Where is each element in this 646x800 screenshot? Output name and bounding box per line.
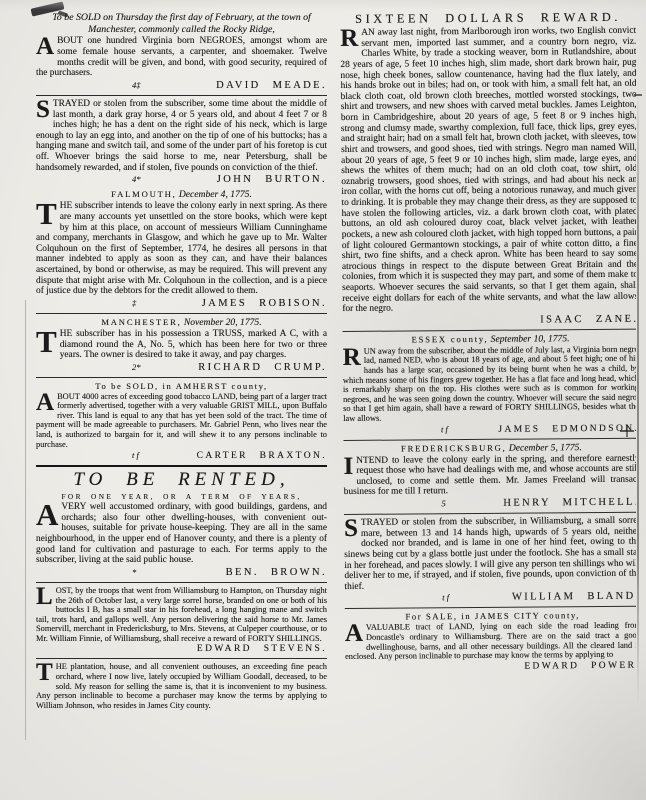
signatory-name: DAVID MEADE. bbox=[216, 80, 327, 91]
dateline-date: December 4, 1775. bbox=[179, 189, 252, 200]
rule-divider bbox=[36, 313, 327, 314]
signatory-name: BEN. BROWN. bbox=[226, 567, 327, 578]
ad-body: HE subscriber has in his possession a TR… bbox=[60, 329, 327, 360]
ad-body: UN away from the subscriber, about the m… bbox=[343, 345, 636, 423]
ad-title: SIXTEEN DOLLARS REWARD. bbox=[340, 12, 636, 27]
ad-truss-crump: MANCHESTER, November 20, 1775. THE subsc… bbox=[36, 317, 327, 373]
rule-divider bbox=[343, 437, 636, 440]
ad-mark: 5 bbox=[441, 498, 445, 508]
ad-runaway-ned-edmondson: ESSEX county, September 10, 1775. RUN aw… bbox=[343, 333, 636, 436]
heavy-rule-divider bbox=[36, 465, 327, 467]
ad-lost-horse-stevens: LOST, by the troops that went from Willi… bbox=[36, 586, 327, 654]
ad-body: BOUT 4000 acres of exceeding good tobacc… bbox=[36, 392, 327, 449]
left-column: To be SOLD on Thursday the first day of … bbox=[36, 12, 327, 796]
dateline-place: MANCHESTER, bbox=[101, 317, 181, 327]
ad-body: NTEND to leave the colony early in the s… bbox=[344, 453, 636, 497]
ad-header: To be SOLD, in AMHERST county, bbox=[36, 381, 327, 391]
ad-mark: t f bbox=[442, 593, 449, 603]
ad-plantation-sale: THE plantation, house, and all convenien… bbox=[36, 662, 327, 710]
signature-line: 5 HENRY MITCHELL. bbox=[344, 497, 636, 510]
drop-cap: S bbox=[36, 99, 53, 121]
signatory-name: JOHN BURTON. bbox=[217, 174, 327, 185]
ad-sixteen-dollars-reward: SIXTEEN DOLLARS REWARD. RAN away last ni… bbox=[340, 12, 636, 327]
ad-body: BOUT one hundred Virginia born NEGROES, … bbox=[36, 36, 327, 78]
drop-cap: S bbox=[344, 518, 361, 540]
signatory-name: JAMES EDMONDSON. bbox=[498, 423, 636, 434]
page-edge-line bbox=[637, 88, 639, 706]
drop-cap: A bbox=[36, 392, 57, 414]
ad-manchester-sale: To be SOLD on Thursday the first day of … bbox=[36, 12, 327, 91]
drop-cap: R bbox=[343, 347, 364, 369]
signature-line: EDWARD POWER. bbox=[345, 660, 636, 672]
signatory-name: ISAAC ZANE. bbox=[540, 314, 636, 326]
ad-mark: 4* bbox=[132, 174, 141, 184]
dateline-date: November 20, 1775. bbox=[184, 317, 262, 328]
ad-body: AN away last night, from Marlborough iro… bbox=[340, 26, 636, 315]
dateline: FALMOUTH, December 4, 1775. bbox=[36, 189, 327, 200]
signature-line: t f WILLIAM BLAND. bbox=[345, 591, 636, 604]
ad-mitchell-notice: FREDERICKSBURG, December 5, 1775. INTEND… bbox=[343, 441, 636, 510]
drop-cap: T bbox=[36, 329, 60, 355]
signature-line: * BEN. BROWN. bbox=[36, 567, 327, 578]
ad-mark: t f bbox=[132, 450, 139, 460]
drop-cap: R bbox=[340, 28, 361, 50]
signature-line: EDWARD STEVENS. bbox=[36, 644, 327, 654]
drop-cap: A bbox=[345, 623, 366, 645]
ad-title: TO BE RENTED, bbox=[36, 469, 327, 491]
ad-strayed-horse-burton: STRAYED or stolen from the subscriber, s… bbox=[36, 99, 327, 185]
ad-amherst-land: To be SOLD, in AMHERST county, ABOUT 400… bbox=[36, 381, 327, 461]
ad-strayed-mare-bland: STRAYED or stolen from the subscriber, i… bbox=[344, 516, 636, 605]
page-content: To be SOLD on Thursday the first day of … bbox=[36, 12, 636, 796]
rule-divider bbox=[36, 582, 327, 583]
signatory-name: JAMES ROBISON. bbox=[202, 298, 327, 309]
ad-mark: ‡ bbox=[132, 298, 136, 308]
signatory-name: HENRY MITCHELL. bbox=[503, 497, 636, 509]
drop-cap: L bbox=[36, 586, 56, 608]
signatory-name: RICHARD CRUMP. bbox=[198, 362, 327, 373]
signatory-name: WILLIAM BLAND. bbox=[512, 591, 636, 603]
dateline-date: September 10, 1775. bbox=[491, 333, 570, 345]
rule-divider bbox=[343, 329, 636, 332]
drop-cap: I bbox=[343, 455, 356, 477]
ad-to-be-rented: TO BE RENTED, FOR ONE YEAR, OR A TERM OF… bbox=[36, 469, 327, 578]
rule-divider bbox=[36, 658, 327, 659]
newspaper-page-scan: To be SOLD on Thursday the first day of … bbox=[0, 0, 646, 800]
dateline-date: December 5, 1775. bbox=[509, 442, 582, 454]
ad-mark: 2* bbox=[132, 362, 141, 372]
scan-edge-shadow bbox=[0, 0, 646, 10]
rule-divider bbox=[36, 377, 327, 378]
signature-line: 4‡ DAVID MEADE. bbox=[36, 80, 327, 91]
ad-robison-notice: FALMOUTH, December 4, 1775. THE subscrib… bbox=[36, 189, 327, 309]
ad-subtitle: FOR ONE YEAR, OR A TERM OF YEARS, bbox=[36, 492, 327, 501]
ad-mark: t f bbox=[441, 424, 448, 434]
page-fold-line bbox=[25, 300, 26, 740]
signature-line: 2* RICHARD CRUMP. bbox=[36, 362, 327, 373]
dateline: ESSEX county, September 10, 1775. bbox=[343, 333, 636, 346]
signature-line: t f CARTER BRAXTON. bbox=[36, 450, 327, 461]
signatory-name: CARTER BRAXTON. bbox=[197, 451, 327, 461]
ad-header: To be SOLD on Thursday the first day of … bbox=[36, 12, 327, 35]
ad-body: TRAYED or stolen from the subscriber, in… bbox=[344, 516, 636, 592]
signatory-name: EDWARD STEVENS. bbox=[197, 644, 327, 654]
drop-cap: T bbox=[36, 201, 60, 227]
signature-line: t f JAMES EDMONDSON. bbox=[343, 422, 636, 435]
ad-body: OST, by the troops that went from Willia… bbox=[36, 586, 327, 643]
dateline-place: FALMOUTH, bbox=[111, 189, 176, 199]
ad-body: VERY well accustomed ordinary, with good… bbox=[36, 502, 327, 565]
dateline-place: ESSEX county, bbox=[412, 334, 489, 345]
signature-line: ISAAC ZANE. bbox=[342, 314, 636, 327]
dateline: FREDERICKSBURG, December 5, 1775. bbox=[343, 441, 636, 454]
rule-divider bbox=[345, 606, 636, 609]
ad-body: HE subscriber intends to leave the colon… bbox=[36, 201, 327, 296]
signature-line: ‡ JAMES ROBISON. bbox=[36, 298, 327, 309]
ad-body: HE plantation, house, and all convenient… bbox=[36, 662, 327, 709]
drop-cap: T bbox=[36, 662, 56, 684]
signatory-name: EDWARD POWER. bbox=[524, 660, 636, 671]
dateline: MANCHESTER, November 20, 1775. bbox=[36, 317, 327, 328]
ad-mark: 4‡ bbox=[132, 80, 141, 90]
rule-divider bbox=[36, 95, 327, 96]
drop-cap: A bbox=[36, 502, 61, 528]
right-column: SIXTEEN DOLLARS REWARD. RAN away last ni… bbox=[340, 12, 636, 796]
dateline-place: FREDERICKSBURG, bbox=[401, 442, 507, 453]
ad-body: TRAYED or stolen from the subscriber, so… bbox=[36, 99, 327, 173]
ad-body: VALUABLE tract of LAND, lying on each si… bbox=[345, 621, 636, 661]
signature-line: 4* JOHN BURTON. bbox=[36, 174, 327, 185]
ad-mark: * bbox=[132, 567, 136, 577]
ad-james-city-land: For SALE, in JAMES CITY county, AVALUABL… bbox=[345, 610, 636, 673]
rule-divider bbox=[344, 512, 636, 515]
drop-cap: A bbox=[36, 36, 57, 58]
